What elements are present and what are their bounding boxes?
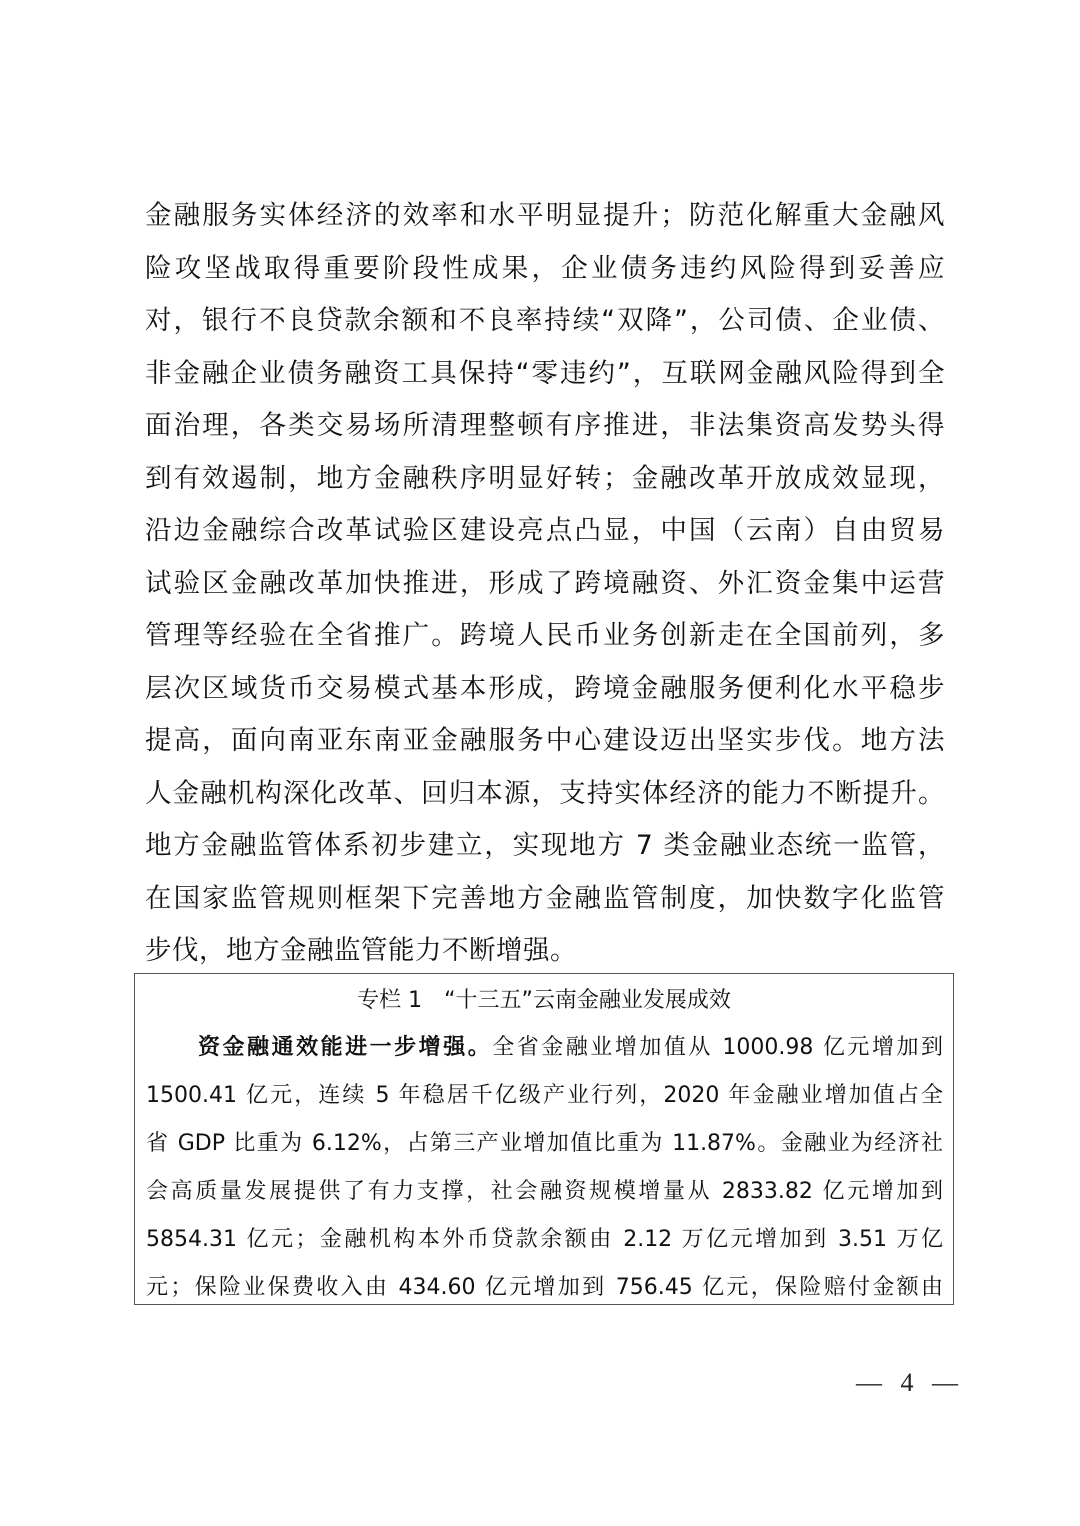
column-box-line: 会高质量发展提供了有力支撑，社会融资规模增量从 2833.82 亿元增加到 — [146, 1168, 943, 1216]
column-box-line: 1500.41 亿元，连续 5 年稳居千亿级产业行列，2020 年金融业增加值占… — [146, 1072, 943, 1120]
column-box-content: 资金融通效能进一步增强。全省金融业增加值从 1000.98 亿元增加到 1500… — [146, 1024, 943, 1312]
page-number: — 4 — — [856, 1368, 964, 1398]
column-box-title: 专栏 1 “十三五”云南金融业发展成效 — [135, 984, 953, 1018]
body-line: 步伐，地方金融监管能力不断增强。 — [145, 925, 945, 978]
body-line: 非金融企业债务融资工具保持“零违约”，互联网金融风险得到全 — [145, 348, 945, 401]
body-line: 层次区域货币交易模式基本形成，跨境金融服务便利化水平稳步 — [145, 663, 945, 716]
body-line: 试验区金融改革加快推进，形成了跨境融资、外汇资金集中运营 — [145, 558, 945, 611]
body-line: 险攻坚战取得重要阶段性成果，企业债务违约风险得到妥善应 — [145, 243, 945, 296]
body-line: 面治理，各类交易场所清理整顿有序推进，非法集资高发势头得 — [145, 400, 945, 453]
column-box-line-rest: 全省金融业增加值从 1000.98 亿元增加到 — [492, 1035, 943, 1060]
column-box-line: 元；保险业保费收入由 434.60 亿元增加到 756.45 亿元，保险赔付金额… — [146, 1264, 943, 1312]
column-box: 专栏 1 “十三五”云南金融业发展成效 资金融通效能进一步增强。全省金融业增加值… — [134, 973, 954, 1305]
column-box-lead: 资金融通效能进一步增强。 — [198, 1035, 492, 1060]
column-box-line: 5854.31 亿元；金融机构本外币贷款余额由 2.12 万亿元增加到 3.51… — [146, 1216, 943, 1264]
document-page: 金融服务实体经济的效率和水平明显提升；防范化解重大金融风 险攻坚战取得重要阶段性… — [0, 0, 1080, 1526]
body-line: 对，银行不良贷款余额和不良率持续“双降”，公司债、企业债、 — [145, 295, 945, 348]
body-line: 提高，面向南亚东南亚金融服务中心建设迈出坚实步伐。地方法 — [145, 715, 945, 768]
column-box-line: 省 GDP 比重为 6.12%，占第三产业增加值比重为 11.87%。金融业为经… — [146, 1120, 943, 1168]
body-line: 金融服务实体经济的效率和水平明显提升；防范化解重大金融风 — [145, 190, 945, 243]
column-box-line: 资金融通效能进一步增强。全省金融业增加值从 1000.98 亿元增加到 — [146, 1024, 943, 1072]
body-line: 到有效遏制，地方金融秩序明显好转；金融改革开放成效显现， — [145, 453, 945, 506]
body-paragraph: 金融服务实体经济的效率和水平明显提升；防范化解重大金融风 险攻坚战取得重要阶段性… — [145, 190, 945, 978]
body-line: 人金融机构深化改革、回归本源，支持实体经济的能力不断提升。 — [145, 768, 945, 821]
body-line: 管理等经验在全省推广。跨境人民币业务创新走在全国前列，多 — [145, 610, 945, 663]
body-line: 地方金融监管体系初步建立，实现地方 7 类金融业态统一监管， — [145, 820, 945, 873]
body-line: 在国家监管规则框架下完善地方金融监管制度，加快数字化监管 — [145, 873, 945, 926]
body-line: 沿边金融综合改革试验区建设亮点凸显，中国（云南）自由贸易 — [145, 505, 945, 558]
